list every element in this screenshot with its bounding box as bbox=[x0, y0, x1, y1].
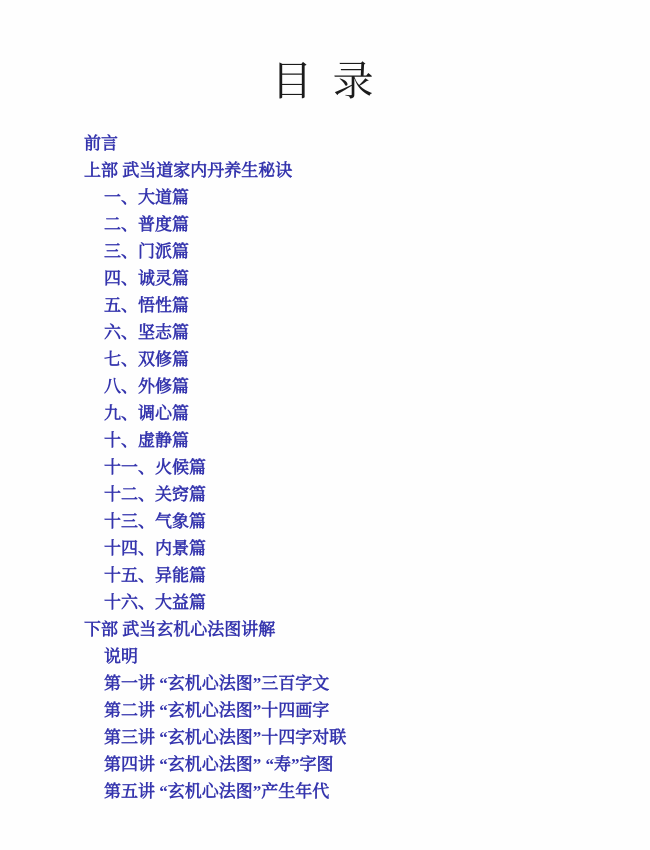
toc-entry[interactable]: 第四讲 “玄机心法图” “寿”字图 bbox=[0, 751, 650, 778]
page-title: 目 录 bbox=[0, 48, 650, 107]
toc-entry[interactable]: 十一、火候篇 bbox=[0, 454, 650, 481]
toc-entry[interactable]: 第二讲 “玄机心法图”十四画字 bbox=[0, 697, 650, 724]
toc-entry[interactable]: 十、虚静篇 bbox=[0, 427, 650, 454]
toc-entry[interactable]: 二、普度篇 bbox=[0, 211, 650, 238]
toc-entry[interactable]: 第三讲 “玄机心法图”十四字对联 bbox=[0, 724, 650, 751]
document-page: 目 录 前言上部 武当道家内丹养生秘诀一、大道篇二、普度篇三、门派篇四、诚灵篇五… bbox=[0, 0, 650, 850]
toc-entry[interactable]: 下部 武当玄机心法图讲解 bbox=[0, 616, 650, 643]
toc-entry[interactable]: 六、坚志篇 bbox=[0, 319, 650, 346]
toc-entry[interactable]: 第一讲 “玄机心法图”三百字文 bbox=[0, 670, 650, 697]
toc-entry[interactable]: 十四、内景篇 bbox=[0, 535, 650, 562]
toc-entry[interactable]: 十三、气象篇 bbox=[0, 508, 650, 535]
toc-entry[interactable]: 上部 武当道家内丹养生秘诀 bbox=[0, 157, 650, 184]
toc-entry[interactable]: 八、外修篇 bbox=[0, 373, 650, 400]
toc-entry[interactable]: 七、双修篇 bbox=[0, 346, 650, 373]
toc-entry[interactable]: 前言 bbox=[0, 130, 650, 157]
toc-entry[interactable]: 三、门派篇 bbox=[0, 238, 650, 265]
toc-entry[interactable]: 说明 bbox=[0, 643, 650, 670]
toc-entry[interactable]: 十五、异能篇 bbox=[0, 562, 650, 589]
toc-entry[interactable]: 五、悟性篇 bbox=[0, 292, 650, 319]
toc-entry[interactable]: 第五讲 “玄机心法图”产生年代 bbox=[0, 778, 650, 805]
toc-entry[interactable]: 九、调心篇 bbox=[0, 400, 650, 427]
toc-entry[interactable]: 十六、大益篇 bbox=[0, 589, 650, 616]
toc-entry[interactable]: 四、诚灵篇 bbox=[0, 265, 650, 292]
toc-entry[interactable]: 十二、关窍篇 bbox=[0, 481, 650, 508]
toc-entry[interactable]: 一、大道篇 bbox=[0, 184, 650, 211]
toc-list: 前言上部 武当道家内丹养生秘诀一、大道篇二、普度篇三、门派篇四、诚灵篇五、悟性篇… bbox=[0, 130, 650, 805]
